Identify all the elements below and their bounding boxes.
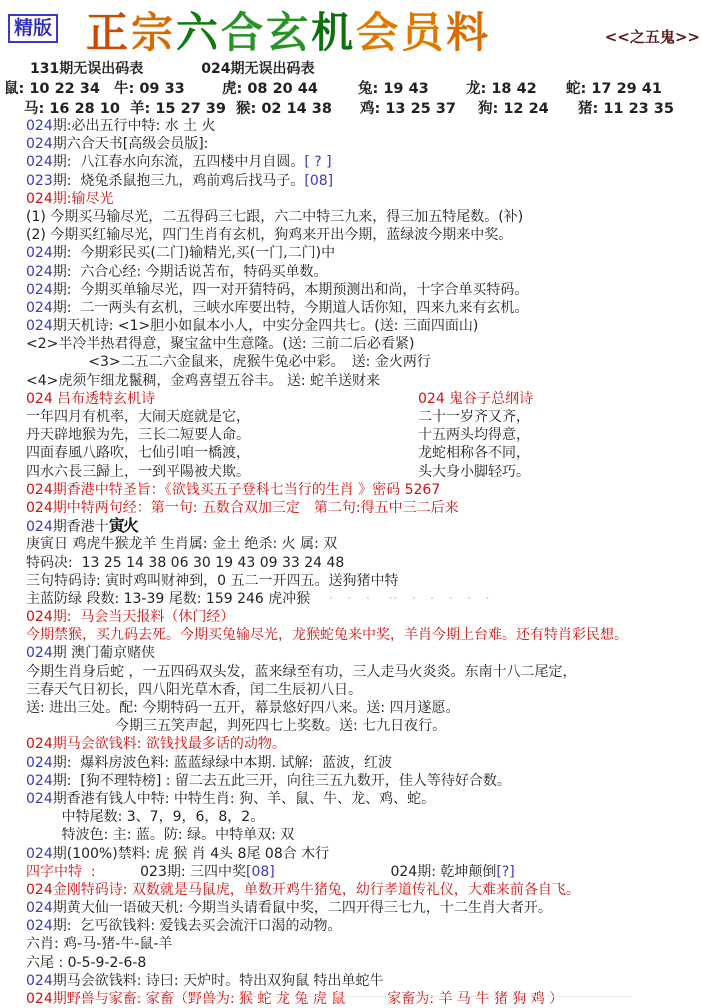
text-segment: 主蓝防绿 段数: 13-39 尾数: 159 246 虎冲猴 xyxy=(26,591,310,607)
text-segment: 024期香港中特圣旨：《欲钱买五子登科七当行的生肖 》密码 5267 xyxy=(26,482,440,498)
text-segment: 024 xyxy=(26,755,53,771)
text-line: <3>二五二六金鼠来，虎猴牛兔必中彩。 送: 金火两行 xyxy=(26,353,696,371)
poem-right-column: 二十一岁齐又齐， xyxy=(418,408,696,426)
text-segment: · · · ·· · · · · · xyxy=(310,591,489,607)
zodiac-cell: 蛇: 17 29 41 xyxy=(566,77,696,98)
zodiac-row: 鼠: 10 22 34牛: 09 33虎: 08 20 44兔: 19 43龙:… xyxy=(0,77,702,97)
text-segment: 024 xyxy=(26,918,53,934)
text-line: 今期禁猴，买九码去死。今期买兔输尽光，龙猴蛇兔来中奖，羊肖今期上台难。还有特肖彩… xyxy=(26,626,696,644)
text-segment: 期: [狗不理特榜] : 留二去五此三开，向往三五九数开，佳人等待好合数。 xyxy=(53,773,511,789)
zodiac-cell: 猪: 11 23 35 xyxy=(578,97,702,118)
text-segment: 期: 今期买单输尽光，四一对开猜特码，本期预测出和尚，十字合单买特码。 xyxy=(53,282,529,298)
text-segment: 今期生肖身后蛇 ，一五四码双头发，蓝来绿至有功，三人走马火炎炎。东南十八二尾定， xyxy=(26,664,576,680)
edition-badge: 精版 xyxy=(8,14,58,43)
text-segment: 024期: 乾坤颠倒 xyxy=(275,864,497,880)
text-segment: 024 xyxy=(26,154,53,170)
text-segment: 龙蛇相称各不同， xyxy=(418,445,530,461)
text-segment: 024 鬼谷子总纲诗 xyxy=(418,391,533,407)
text-segment: <4>虎须乍细龙鬣稠，金鸡喜望五谷丰。 送: 蛇羊送财来 xyxy=(26,373,380,389)
text-segment: 024 xyxy=(26,791,53,807)
text-segment: 特码决: 13 25 14 38 06 30 19 43 09 33 24 48 xyxy=(26,555,344,571)
text-line: (1) 今期买马输尽光，二五得码三七跟，六二中特三九来，得三加五特尾数。(补) xyxy=(26,208,696,226)
zodiac-cell: 虎: 08 20 44 xyxy=(222,77,358,98)
zodiac-cell: 猴: 02 14 38 xyxy=(236,97,360,118)
text-line: 今期生肖身后蛇 ，一五四码双头发，蓝来绿至有功，三人走马火炎炎。东南十八二尾定， xyxy=(26,663,696,681)
text-segment: 三春天气日初长，四八阳光草木香，闰二生辰初八日。 xyxy=(26,682,362,698)
scan-artifact-line xyxy=(84,996,632,997)
text-line: 三句特码诗: 寅时鸡叫财神到，0 五二一开四五。送狗猪中特 xyxy=(26,572,696,590)
lottery-tip-sheet: 精版 正宗六合玄机会员料 <<之五鬼>> 131期无误出码表 024期无误出码表… xyxy=(0,0,702,1008)
text-line: 024期香港十寅火 xyxy=(26,517,696,535)
title-char: 员 xyxy=(401,8,446,57)
text-segment: 期: 六合心经: 今期话说苫布，特码买单数。 xyxy=(53,264,328,280)
text-line: 024期香港中特圣旨：《欲钱买五子登科七当行的生肖 》密码 5267 xyxy=(26,481,696,499)
text-line: 三春天气日初长，四八阳光草木香，闰二生辰初八日。 xyxy=(26,681,696,699)
two-column-line: 一年四月有机率，大闹天庭就是它，二十一岁齐又齐， xyxy=(26,408,696,426)
text-segment: 庚寅日 鸡虎牛猴龙羊 生肖属: 金土 绝杀: 火 属: 双 xyxy=(26,536,337,552)
text-segment: 六尾 : 0-5-9-2-6-8 xyxy=(26,955,146,971)
title-char: 六 xyxy=(176,8,221,57)
text-segment: 六肖: 鸡-马-猪-牛-鼠-羊 xyxy=(26,936,172,952)
poem-left-column: 丹天辟地猴为先，三长二短要人命。 xyxy=(26,426,418,444)
text-segment: 024 xyxy=(26,318,53,334)
text-line: 024期中特两句经：第一句: 五数合双加三定 第二句:得五中三二后来 xyxy=(26,499,696,517)
text-segment: <3>二五二六金鼠来，虎猴牛兔必中彩。 送: 金火两行 xyxy=(26,354,431,370)
zodiac-cell: 鸡: 13 25 37 xyxy=(360,97,478,118)
text-segment: 024 xyxy=(26,645,53,661)
text-segment: 024 xyxy=(26,973,53,989)
text-segment: 丹天辟地猴为先，三长二短要人命。 xyxy=(26,427,250,443)
poem-right-column: 024 鬼谷子总纲诗 xyxy=(418,390,696,408)
text-segment: 024期: 马会当天报料（休门经） xyxy=(26,609,234,625)
two-column-line: 024 吕布透特玄机诗024 鬼谷子总纲诗 xyxy=(26,390,696,408)
text-segment: 今期禁猴，买九码去死。今期买兔输尽光，龙猴蛇兔来中奖，羊肖今期上台难。还有特肖彩… xyxy=(26,627,628,643)
text-segment: 期: 八江春水向东流，五四楼中月自圆。 xyxy=(53,154,305,170)
text-segment: 024 xyxy=(26,846,53,862)
text-line: 六尾 : 0-5-9-2-6-8 xyxy=(26,954,696,972)
text-line: 庚寅日 鸡虎牛猴龙羊 生肖属: 金土 绝杀: 火 属: 双 xyxy=(26,535,696,553)
text-segment: <2>半冷半热君得意，聚宝盆中生意隆。(送: 三前二后必看紧) xyxy=(26,336,414,352)
text-line: 024期天机诗: <1>胆小如鼠本小人，中实分金四共七。(送: 三面四面山) xyxy=(26,317,696,335)
text-line: 024期马会欲钱料: 欲钱找最多话的动物。 xyxy=(26,735,696,753)
two-column-line: 丹天辟地猴为先，三长二短要人命。十五两头均得意， xyxy=(26,426,696,444)
text-line: 024期: [狗不理特榜] : 留二去五此三开，向往三五九数开，佳人等待好合数。 xyxy=(26,772,696,790)
text-segment: 期: 二一两头有玄机，三峡水库要出特，今期道人话你知，四来九来有玄机。 xyxy=(53,300,529,316)
text-segment: 二十一岁齐又齐， xyxy=(418,409,530,425)
text-segment: 期(100%)禁料: 虎 猴 肖 4头 8尾 08合 木行 xyxy=(53,846,329,862)
text-segment: 寅火 xyxy=(109,517,137,535)
text-segment: 期: 乞丐欲钱料: 爱钱去买会流汗口渴的动物。 xyxy=(53,918,342,934)
text-line: 024金刚特码诗: 双数就是马鼠虎，单数开鸡牛猪兔，幼行孝道传礼仪，大难来前各自… xyxy=(26,881,696,899)
text-segment: 024 xyxy=(26,519,53,535)
zodiac-row: 马: 16 28 10羊: 15 27 39猴: 02 14 38鸡: 13 2… xyxy=(0,97,702,117)
text-line: 024期 澳门葡京赌侠 xyxy=(26,644,696,662)
zodiac-cell: 龙: 18 42 xyxy=(466,77,566,98)
text-line: 今期三五笑声起，判死四七上奖数。送: 七九日夜行。 xyxy=(26,717,696,735)
code-table-titles: 131期无误出码表 024期无误出码表 xyxy=(0,58,702,77)
text-line: 六肖: 鸡-马-猪-牛-鼠-羊 xyxy=(26,935,696,953)
text-line: 024期:输尽光 xyxy=(26,190,696,208)
text-segment: 一年四月有机率，大闹天庭就是它， xyxy=(26,409,250,425)
code-table-title-left: 131期无误出码表 xyxy=(30,58,143,78)
text-segment: 四面春風八路吹，七仙引咱一橋渡， xyxy=(26,445,250,461)
text-segment: 四水六長三歸上，一到平陽被犬欺。 xyxy=(26,464,250,480)
poem-left-column: 一年四月有机率，大闹天庭就是它， xyxy=(26,408,418,426)
text-segment: 024期马会欲钱料: 欲钱找最多话的动物。 xyxy=(26,736,286,752)
text-segment: [08] xyxy=(304,173,333,189)
text-line: 024期马会欲钱料: 诗曰: 天炉时。特出双狗鼠 特出单蛇牛 xyxy=(26,972,696,990)
sheet-title: 正宗六合玄机会员料 xyxy=(86,0,491,60)
zodiac-cell: 马: 16 28 10 xyxy=(24,97,130,118)
zodiac-cell: 羊: 15 27 39 xyxy=(130,97,236,118)
zodiac-cell: 鼠: 10 22 34 xyxy=(4,77,114,98)
tips-text-body: 024期:必出五行中特: 水 土 火024期六合天书[高级会员版]:024期: … xyxy=(0,117,702,1008)
text-segment: 期天机诗: <1>胆小如鼠本小人，中实分金四共七。(送: 三面四面山) xyxy=(53,318,479,334)
text-segment: 期 澳门葡京赌侠 xyxy=(53,645,155,661)
text-segment: 十五两头均得意， xyxy=(418,427,530,443)
text-segment: 024 xyxy=(26,245,53,261)
text-segment: 024 xyxy=(26,136,53,152)
text-segment: 024期野兽与家畜: 家畜（野兽为: 猴 蛇 龙 兔 虎 鼠 家畜为: 羊 马 … xyxy=(26,991,563,1007)
text-segment: 024 xyxy=(26,118,53,134)
text-segment: 三句特码诗: 寅时鸡叫财神到，0 五二一开四五。送狗猪中特 xyxy=(26,573,399,589)
zodiac-number-table: 鼠: 10 22 34牛: 09 33虎: 08 20 44兔: 19 43龙:… xyxy=(0,77,702,117)
text-segment: 特波色: 主: 蓝。防: 绿。中特单双: 双 xyxy=(26,827,294,843)
text-line: 024期: 今期买单输尽光，四一对开猜特码，本期预测出和尚，十字合单买特码。 xyxy=(26,281,696,299)
text-line: 024期六合天书[高级会员版]: xyxy=(26,135,696,153)
text-segment: [08] xyxy=(246,864,275,880)
text-line: 送: 进出三处。配: 今期特码一五开，幕景悠好四八来。送: 四月遂愿。 xyxy=(26,699,696,717)
text-segment: 期: 爆料房波色料: 蓝蓝绿绿中本期. 试解: 蓝波，红波 xyxy=(53,755,392,771)
two-column-line: 四水六長三歸上，一到平陽被犬欺。头大身小脚轻巧。 xyxy=(26,463,696,481)
title-char: 会 xyxy=(356,8,401,57)
text-segment: 024 xyxy=(26,773,53,789)
text-line: <2>半冷半热君得意，聚宝盆中生意隆。(送: 三前二后必看紧) xyxy=(26,335,696,353)
text-segment: 024 xyxy=(26,264,53,280)
text-segment: [?] xyxy=(496,864,514,880)
title-char: 宗 xyxy=(131,8,176,57)
title-char: 机 xyxy=(311,8,356,57)
text-segment: 四字中特 : xyxy=(26,864,96,880)
text-segment: 023期: 三四中奖 xyxy=(96,864,246,880)
text-line: 024期香港有钱人中特: 中特生肖: 狗、羊、鼠、牛、龙、鸡、蛇。 xyxy=(26,790,696,808)
text-line: 024期:必出五行中特: 水 土 火 xyxy=(26,117,696,135)
text-segment: 期: 烧兔杀鼠抱三九，鸡前鸡后找马子。 xyxy=(53,173,305,189)
title-char: 合 xyxy=(221,8,266,57)
text-line: <4>虎须乍细龙鬣稠，金鸡喜望五谷丰。 送: 蛇羊送财来 xyxy=(26,372,696,390)
text-line: 024期黄大仙一语破天机: 今期当头请看鼠中奖，二四开得三七九，十二生肖大者开。 xyxy=(26,899,696,917)
text-line: 024期: 二一两头有玄机，三峡水库要出特，今期道人话你知，四来九来有玄机。 xyxy=(26,299,696,317)
text-segment: 024期中特两句经：第一句: 五数合双加三定 第二句:得五中三二后来 xyxy=(26,500,459,516)
poem-right-column: 十五两头均得意， xyxy=(418,426,696,444)
two-column-line: 四面春風八路吹，七仙引咱一橋渡，龙蛇相称各不同， xyxy=(26,444,696,462)
code-table-title-right: 024期无误出码表 xyxy=(201,58,314,78)
text-line: 024期野兽与家畜: 家畜（野兽为: 猴 蛇 龙 兔 虎 鼠 家畜为: 羊 马 … xyxy=(26,990,696,1008)
poem-left-column: 024 吕布透特玄机诗 xyxy=(26,390,418,408)
text-segment: 送: 进出三处。配: 今期特码一五开，幕景悠好四八来。送: 四月遂愿。 xyxy=(26,700,460,716)
text-segment: 024 吕布透特玄机诗 xyxy=(26,391,155,407)
text-segment: 头大身小脚轻巧。 xyxy=(418,464,530,480)
text-segment: (1) 今期买马输尽光，二五得码三七跟，六二中特三九来，得三加五特尾数。(补) xyxy=(26,209,523,225)
text-segment: 024 xyxy=(26,300,53,316)
text-segment: 024期:输尽光 xyxy=(26,191,113,207)
text-segment: 023 xyxy=(26,173,53,189)
text-line: 024期: 爆料房波色料: 蓝蓝绿绿中本期. 试解: 蓝波，红波 xyxy=(26,754,696,772)
title-char: 玄 xyxy=(266,8,311,57)
poem-right-column: 龙蛇相称各不同， xyxy=(418,444,696,462)
text-line: 024期(100%)禁料: 虎 猴 肖 4头 8尾 08合 木行 xyxy=(26,845,696,863)
edition-note: <<之五鬼>> xyxy=(605,26,700,47)
text-segment: 期六合天书[高级会员版]: xyxy=(53,136,209,152)
text-segment: 024 xyxy=(26,900,53,916)
text-line: 023期: 烧兔杀鼠抱三九，鸡前鸡后找马子。[08] xyxy=(26,172,696,190)
text-line: 024期: 六合心经: 今期话说苫布，特码买单数。 xyxy=(26,263,696,281)
text-line: 中特尾数: 3、7，9，6，8，2。 xyxy=(26,808,696,826)
text-segment: 期马会欲钱料: 诗曰: 天炉时。特出双狗鼠 特出单蛇牛 xyxy=(53,973,384,989)
text-line: 四字中特 : 023期: 三四中奖[08] 024期: 乾坤颠倒[?] xyxy=(26,863,696,881)
poem-right-column: 头大身小脚轻巧。 xyxy=(418,463,696,481)
text-line: 特波色: 主: 蓝。防: 绿。中特单双: 双 xyxy=(26,826,696,844)
text-line: 024期: 今期彩民买(二门)输精光,买(一门,二门)中 xyxy=(26,244,696,262)
text-segment: 期香港有钱人中特: 中特生肖: 狗、羊、鼠、牛、龙、鸡、蛇。 xyxy=(53,791,435,807)
text-line: (2) 今期买红输尽光，四门生肖有玄机，狗鸡来开出今期，蓝绿波今期来中奖。 xyxy=(26,226,696,244)
zodiac-cell: 牛: 09 33 xyxy=(114,77,222,98)
text-line: 特码决: 13 25 14 38 06 30 19 43 09 33 24 48 xyxy=(26,554,696,572)
text-line: 主蓝防绿 段数: 13-39 尾数: 159 246 虎冲猴 · · · ·· … xyxy=(26,590,696,608)
text-segment: 今期三五笑声起，判死四七上奖数。送: 七九日夜行。 xyxy=(26,718,446,734)
poem-left-column: 四面春風八路吹，七仙引咱一橋渡， xyxy=(26,444,418,462)
text-line: 024期: 八江春水向东流，五四楼中月自圆。[ ? ] xyxy=(26,153,696,171)
title-char: 料 xyxy=(446,8,491,57)
zodiac-cell: 狗: 12 24 xyxy=(478,97,578,118)
text-segment: 024 xyxy=(26,282,53,298)
text-segment: 期黄大仙一语破天机: 今期当头请看鼠中奖，二四开得三七九，十二生肖大者开。 xyxy=(53,900,552,916)
zodiac-cell: 兔: 19 43 xyxy=(358,77,466,98)
title-char: 正 xyxy=(86,8,131,57)
text-line: 024期: 马会当天报料（休门经） xyxy=(26,608,696,626)
text-segment: 024金刚特码诗: 双数就是马鼠虎，单数开鸡牛猪兔，幼行孝道传礼仪，大难来前各自… xyxy=(26,882,580,898)
poem-left-column: 四水六長三歸上，一到平陽被犬欺。 xyxy=(26,463,418,481)
text-segment: 期:必出五行中特: 水 土 火 xyxy=(53,118,216,134)
text-segment: [ ? ] xyxy=(304,154,331,170)
text-segment: 期: 今期彩民买(二门)输精光,买(一门,二门)中 xyxy=(53,245,335,261)
sheet-header: 精版 正宗六合玄机会员料 <<之五鬼>> xyxy=(0,0,702,58)
text-segment: 中特尾数: 3、7，9，6，8，2。 xyxy=(26,809,264,825)
text-segment: 期香港十 xyxy=(53,519,109,535)
text-segment: (2) 今期买红输尽光，四门生肖有玄机，狗鸡来开出今期，蓝绿波今期来中奖。 xyxy=(26,227,512,243)
text-line: 024期: 乞丐欲钱料: 爱钱去买会流汗口渴的动物。 xyxy=(26,917,696,935)
